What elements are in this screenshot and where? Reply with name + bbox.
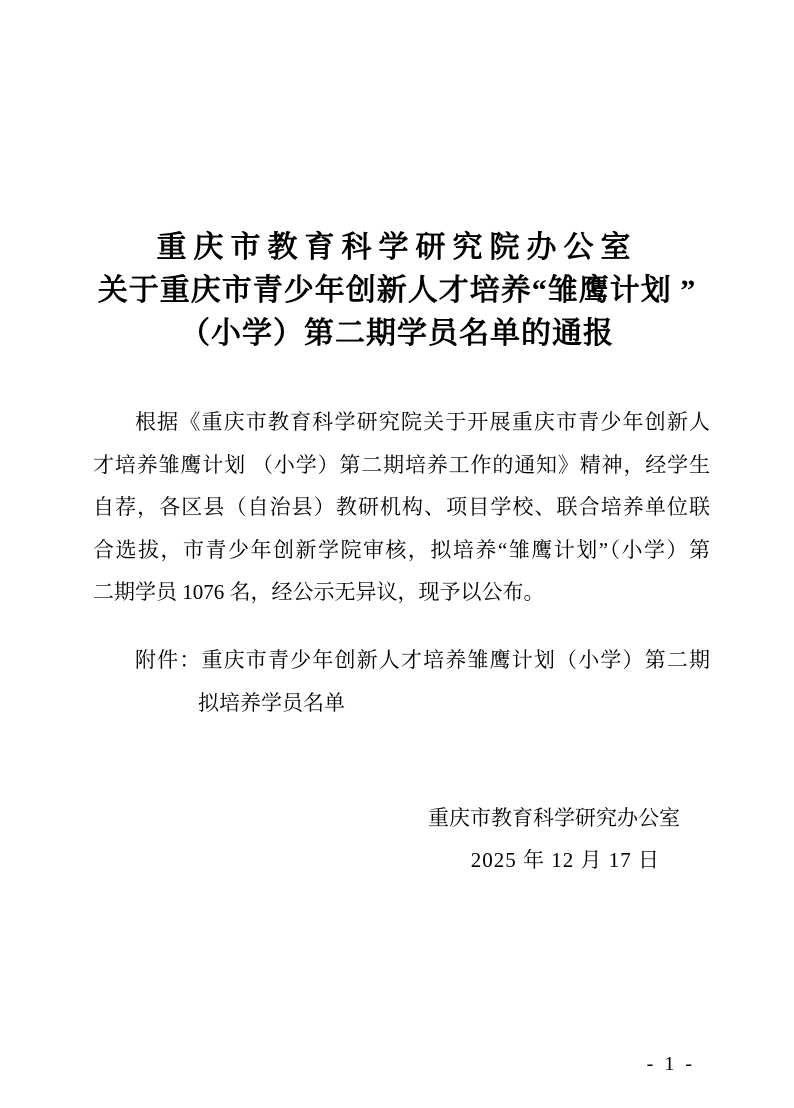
attachment-note: 附件：重庆市青少年创新人才培养雏鹰计划（小学）第二期 拟培养学员名单 [93, 639, 710, 725]
body-line-1: 根据《重庆市教育科学研究院关于开展重庆市青少年创新人 [93, 401, 710, 444]
attachment-line-1: 附件：重庆市青少年创新人才培养雏鹰计划（小学）第二期 [93, 639, 710, 682]
title-line-2: 关于重庆市青少年创新人才培养“雏鹰计划 ” [0, 269, 794, 312]
body-line-4: 合选拔，市青少年创新学院审核，拟培养“雏鹰计划”（小学）第 [93, 529, 710, 572]
issue-date: 2025 年 12 月 17 日 [428, 839, 660, 881]
title-line-1: 重庆市教育科学研究院办公室 [0, 226, 794, 269]
page-number: - 1 - [647, 1051, 695, 1077]
document-title: 重庆市教育科学研究院办公室 关于重庆市青少年创新人才培养“雏鹰计划 ” （小学）… [0, 226, 794, 355]
issuing-office: 重庆市教育科学研究办公室 [428, 797, 680, 839]
body-line-2: 才培养雏鹰计划 （小学）第二期培养工作的通知》精神，经学生 [93, 444, 710, 487]
body-paragraph: 根据《重庆市教育科学研究院关于开展重庆市青少年创新人 才培养雏鹰计划 （小学）第… [93, 401, 710, 614]
title-line-3: （小学）第二期学员名单的通报 [0, 312, 794, 355]
signature-block: 重庆市教育科学研究办公室 2025 年 12 月 17 日 [428, 797, 680, 881]
body-line-5: 二期学员 1076 名，经公示无异议，现予以公布。 [93, 571, 710, 614]
document-page: 重庆市教育科学研究院办公室 关于重庆市青少年创新人才培养“雏鹰计划 ” （小学）… [0, 0, 794, 1108]
body-line-3: 自荐，各区县（自治县）教研机构、项目学校、联合培养单位联 [93, 486, 710, 529]
attachment-line-2: 拟培养学员名单 [93, 682, 710, 725]
